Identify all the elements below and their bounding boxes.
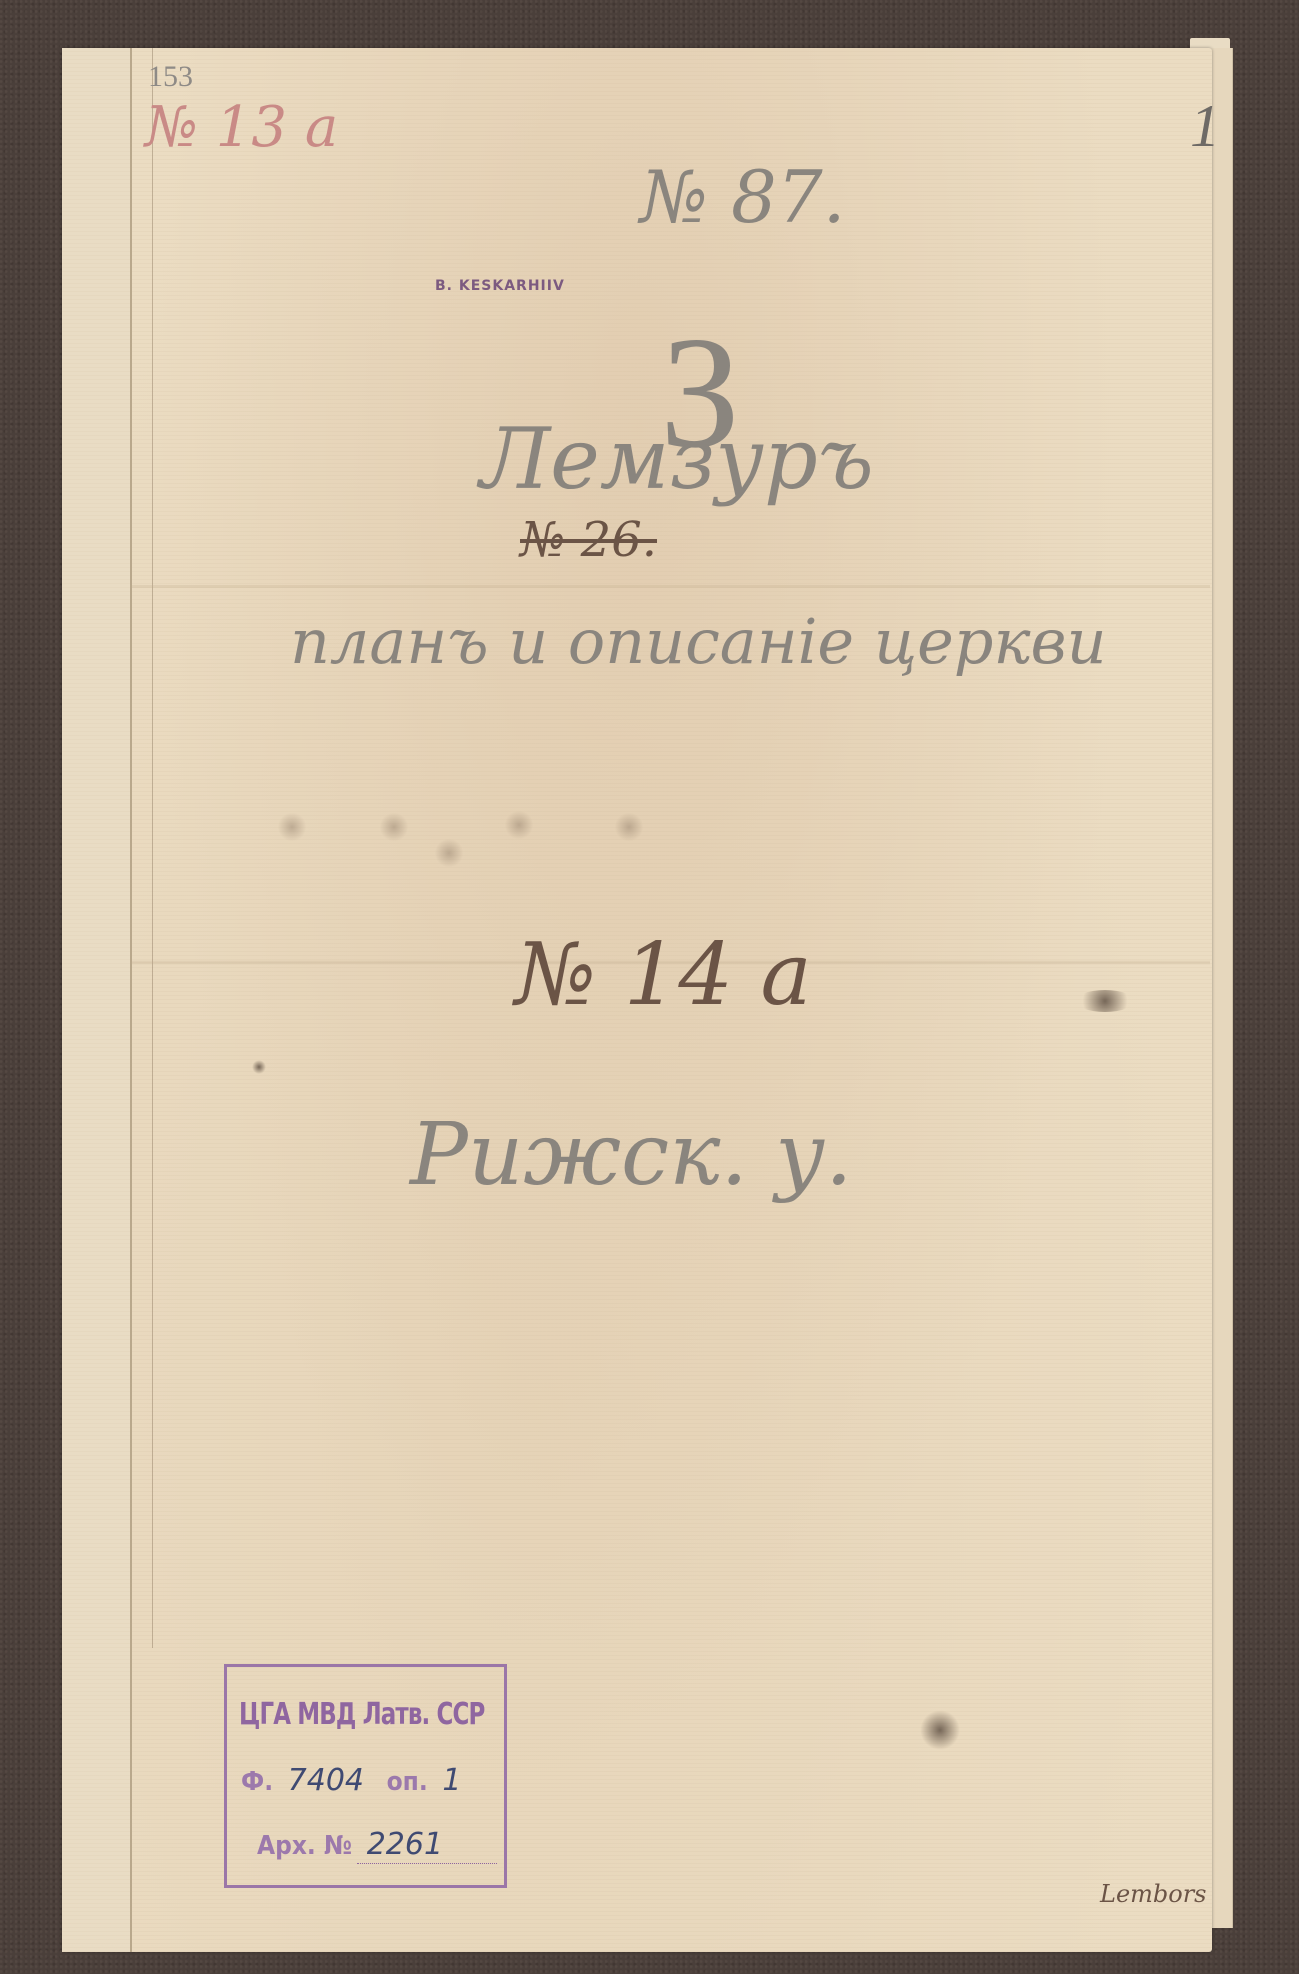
stamp-underline	[357, 1863, 497, 1864]
stamp-fond-value: 7404	[288, 1763, 364, 1798]
pin-holes	[270, 800, 650, 870]
paper-crease	[130, 585, 1210, 588]
stamp-fond-row: Ф. 7404 оп. 1	[241, 1763, 479, 1798]
document-description: планъ и описаніе церкви	[290, 605, 1107, 678]
paper-right-edge	[1212, 48, 1233, 1928]
stamp-arch-row: Арх. № 2261	[257, 1827, 461, 1862]
archive-stamp: ЦГА МВД Латв. ССР Ф. 7404 оп. 1 Арх. № 2…	[224, 1664, 507, 1888]
ink-blot	[920, 1710, 960, 1750]
old-number-crossed: № 26.	[520, 512, 657, 568]
pencil-pagination: 153	[148, 60, 193, 94]
stamp-fond-label: Ф.	[241, 1767, 273, 1797]
red-ink-number: № 13 а	[145, 95, 338, 160]
file-number: № 87.	[640, 155, 846, 239]
signature: Lembors	[1100, 1880, 1207, 1908]
archive-stamp-small: B. KESKARHIIV	[435, 278, 565, 294]
stamp-arch-label: Арх. №	[257, 1831, 352, 1861]
stamp-opis-value: 1	[442, 1763, 461, 1798]
item-number: № 14 а	[515, 925, 812, 1025]
folio-number: 1	[1190, 92, 1220, 161]
stamp-archive-name: ЦГА МВД Латв. ССР	[239, 1697, 484, 1732]
ink-blot	[1075, 990, 1135, 1012]
stamp-arch-value: 2261	[367, 1827, 443, 1862]
place-name: Лемзуръ	[480, 410, 874, 508]
seam-line	[152, 48, 153, 1648]
stamp-opis-label: оп.	[387, 1767, 428, 1797]
binding-strip	[62, 48, 132, 1952]
ink-blot	[252, 1060, 266, 1074]
district-name: Рижск. у.	[410, 1105, 852, 1205]
